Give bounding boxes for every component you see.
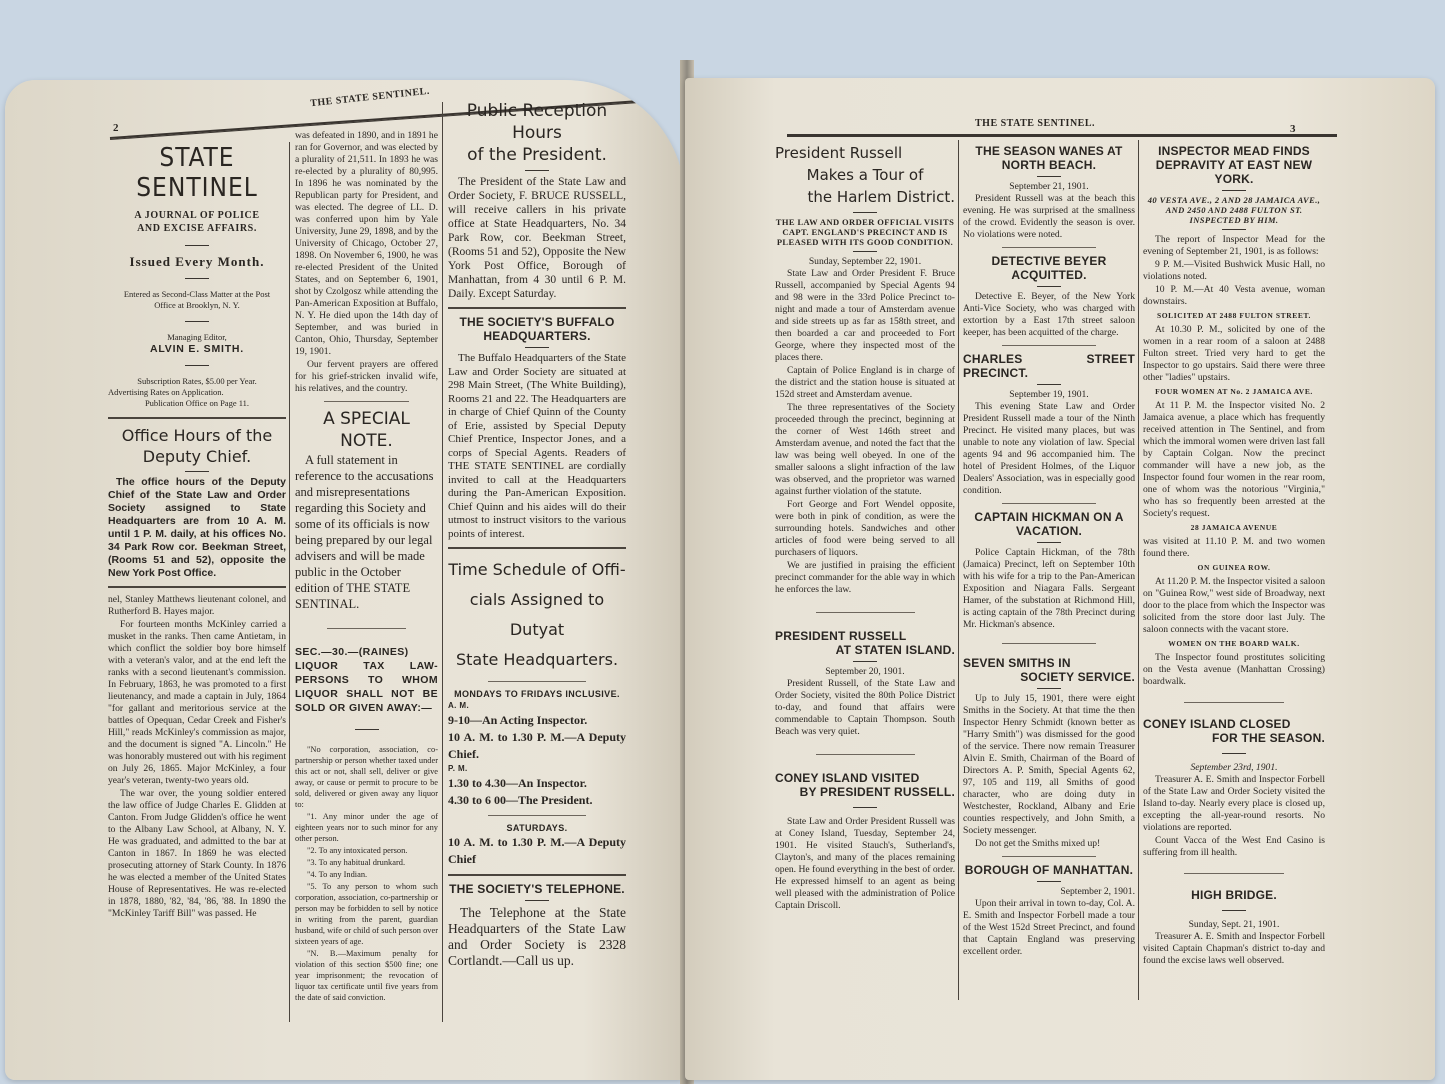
- masthead-subtitle: A JOURNAL OF POLICE: [108, 209, 286, 222]
- schedule-row: 4.30 to 6 00—The President.: [448, 792, 626, 809]
- schedule-row: 1.30 to 4.30—An Inspector.: [448, 775, 626, 792]
- article-paragraph: Up to July 15, 1901, there were eight Sm…: [963, 693, 1135, 837]
- mead-subhead: 40 VESTA AVE., 2 AND 28 JAMAICA AVE., AN…: [1143, 195, 1325, 225]
- hickman-title: CAPTAIN HICKMAN ON A VACATION.: [963, 510, 1135, 538]
- inset-subhead: ON GUINEA ROW.: [1143, 562, 1325, 574]
- column-3: Public Reception Hours of the President.…: [448, 100, 626, 969]
- publication-office: Publication Office on Page 11.: [108, 398, 286, 409]
- dateline: September 23rd, 1901.: [1143, 762, 1325, 774]
- schedule-row: 10 A. M. to 1.30 P. M.—A Deputy Chief: [448, 834, 626, 868]
- article-paragraph: 9 P. M.—Visited Bushwick Music Hall, no …: [1143, 259, 1325, 283]
- inset-subhead: SOLICITED AT 2488 FULTON STREET.: [1143, 310, 1325, 322]
- editor-label: Managing Editor,: [108, 332, 286, 343]
- harlem-title: President Russell Makes a Tour of the Ha…: [775, 142, 955, 208]
- coney-closed-title: CONEY ISLAND CLOSED FOR THE SEASON.: [1143, 717, 1325, 745]
- beyer-title: DETECTIVE BEYER ACQUITTED.: [963, 254, 1135, 282]
- masthead-column: STATE SENTINEL A JOURNAL OF POLICE AND E…: [108, 143, 286, 921]
- column-2: was defeated in 1890, and in 1891 he ran…: [295, 130, 438, 1004]
- header-rule: [787, 134, 1337, 137]
- reception-hours-title: Public Reception Hours of the President.: [448, 100, 626, 166]
- dateline: Sunday, Sept. 21, 1901.: [1143, 919, 1325, 931]
- special-note-title: A SPECIAL NOTE.: [295, 408, 438, 452]
- article-paragraph: We are justified in praising the efficie…: [775, 560, 955, 596]
- article-paragraph: Upon their arrival in town to-day, Col. …: [963, 898, 1135, 958]
- article-paragraph: The report of Inspector Mead for the eve…: [1143, 234, 1325, 258]
- article-paragraph: Treasurer A. E. Smith and Inspector Forb…: [1143, 931, 1325, 967]
- article-paragraph: Count Vacca of the West End Casino is su…: [1143, 835, 1325, 859]
- buffalo-hq-body: The Buffalo Headquarters of the State La…: [448, 352, 626, 541]
- buffalo-hq-title: THE SOCIETY'S BUFFALO HEADQUARTERS.: [448, 315, 626, 343]
- article-paragraph: At 11 P. M. the Inspector visited No. 2 …: [1143, 400, 1325, 520]
- harlem-subhead: THE LAW AND ORDER OFFICIAL VISITS CAPT. …: [775, 217, 955, 247]
- newspaper-page-2: THE STATE SENTINEL. 2 STATE SENTINEL A J…: [5, 80, 685, 1080]
- subscription-rates: Subscription Rates, $5.00 per Year.: [108, 376, 286, 387]
- article-paragraph: Fort George and Fort Wendel opposite, we…: [775, 499, 955, 559]
- office-hours-body: The office hours of the Deputy Chief of …: [108, 476, 286, 580]
- column-divider: [442, 102, 443, 1022]
- dateline: September 2, 1901.: [963, 886, 1135, 898]
- manhattan-title: BOROUGH OF MANHATTAN.: [963, 863, 1135, 877]
- article-paragraph: President Russell, of the State Law and …: [775, 678, 955, 738]
- article-paragraph: Our fervent prayers are offered for his …: [295, 359, 438, 395]
- pm-label: P. M.: [448, 763, 626, 775]
- liquor-law-title: SEC.—30.—(RAINES) LIQUOR TAX LAW-PERSONS…: [295, 645, 438, 715]
- coney-visited-title: CONEY ISLAND VISITED BY PRESIDENT RUSSEL…: [775, 771, 955, 799]
- article-paragraph: The Inspector found prostitutes soliciti…: [1143, 652, 1325, 688]
- newspaper-page-3: THE STATE SENTINEL. 3 President Russell …: [685, 78, 1435, 1080]
- dateline: September 21, 1901.: [963, 181, 1135, 193]
- column-divider: [1138, 140, 1139, 1000]
- article-paragraph: At 10.30 P. M., solicited by one of the …: [1143, 324, 1325, 384]
- article-paragraph: For fourteen months McKinley carried a m…: [108, 619, 286, 787]
- column-2: THE SEASON WANES AT NORTH BEACH. Septemb…: [963, 144, 1135, 959]
- article-paragraph: The war over, the young soldier entered …: [108, 788, 286, 920]
- weekday-label: MONDAYS TO FRIDAYS INCLUSIVE.: [448, 688, 626, 700]
- article-paragraph: Do not get the Smiths mixed up!: [963, 838, 1135, 850]
- masthead-subtitle: AND EXCISE AFFAIRS.: [108, 222, 286, 235]
- high-bridge-title: HIGH BRIDGE.: [1143, 888, 1325, 902]
- time-schedule-title: Time Schedule of Offi- cials Assigned to…: [448, 555, 626, 675]
- inset-subhead: FOUR WOMEN AT No. 2 JAMAICA AVE.: [1143, 386, 1325, 398]
- inset-subhead: WOMEN ON THE BOARD WALK.: [1143, 638, 1325, 650]
- schedule-row: 10 A. M. to 1.30 P. M.—A Deputy Chief.: [448, 729, 626, 763]
- issued-notice: Issued Every Month.: [108, 256, 286, 268]
- article-paragraph: was visited at 11.10 P. M. and two women…: [1143, 536, 1325, 560]
- running-head: THE STATE SENTINEL.: [975, 118, 1095, 129]
- page-number: 2: [113, 122, 119, 134]
- article-paragraph: At 11.20 P. M. the Inspector visited a s…: [1143, 576, 1325, 636]
- inset-subhead: 28 JAMAICA AVENUE: [1143, 522, 1325, 534]
- postal-notice: Office at Brooklyn, N. Y.: [108, 300, 286, 311]
- am-label: A. M.: [448, 700, 626, 712]
- article-paragraph: nel, Stanley Matthews lieutenant colonel…: [108, 594, 286, 618]
- running-head: THE STATE SENTINEL.: [310, 86, 431, 109]
- reception-hours-body: The President of the State Law and Order…: [448, 175, 626, 301]
- staten-island-title: PRESIDENT RUSSELL AT STATEN ISLAND.: [775, 629, 955, 657]
- advertising-rates: Advertising Rates on Application.: [108, 387, 286, 398]
- article-paragraph: State Law and Order President F. Bruce R…: [775, 268, 955, 364]
- article-paragraph: The three representatives of the Society…: [775, 402, 955, 498]
- article-paragraph: This evening State Law and Order Preside…: [963, 401, 1135, 497]
- editor-name: ALVIN E. SMITH.: [108, 343, 286, 355]
- special-note-body: A full statement in reference to the acc…: [295, 452, 438, 612]
- schedule-row: 9-10—An Acting Inspector.: [448, 712, 626, 729]
- article-paragraph: President Russell was at the beach this …: [963, 193, 1135, 241]
- column-divider: [289, 142, 290, 1022]
- article-paragraph: Treasurer A. E. Smith and Inspector Forb…: [1143, 774, 1325, 834]
- telephone-title: THE SOCIETY'S TELEPHONE.: [448, 882, 626, 896]
- column-1: President Russell Makes a Tour of the Ha…: [775, 142, 955, 913]
- postal-notice: Entered as Second-Class Matter at the Po…: [108, 289, 286, 300]
- mead-title: INSPECTOR MEAD FINDS DEPRAVITY AT EAST N…: [1143, 144, 1325, 186]
- dateline: September 19, 1901.: [963, 389, 1135, 401]
- office-hours-title: Office Hours of the Deputy Chief.: [108, 425, 286, 467]
- telephone-body: The Telephone at the State Headquarters …: [448, 905, 626, 969]
- masthead-title: STATE SENTINEL: [108, 143, 286, 203]
- article-paragraph: State Law and Order President Russell wa…: [775, 816, 955, 912]
- dateline: Sunday, September 22, 1901.: [775, 256, 955, 268]
- dateline: September 20, 1901.: [775, 666, 955, 678]
- north-beach-title: THE SEASON WANES AT NORTH BEACH.: [963, 144, 1135, 172]
- liquor-law-text: "No corporation, association, co-partner…: [295, 744, 438, 1003]
- article-paragraph: Captain of Police England is in charge o…: [775, 365, 955, 401]
- article-paragraph: Police Captain Hickman, of the 78th (Jam…: [963, 547, 1135, 631]
- article-paragraph: 10 P. M.—At 40 Vesta avenue, woman downs…: [1143, 284, 1325, 308]
- saturday-label: SATURDAYS.: [448, 822, 626, 834]
- smiths-title: SEVEN SMITHS IN SOCIETY SERVICE.: [963, 656, 1135, 684]
- column-divider: [958, 140, 959, 1000]
- column-3: INSPECTOR MEAD FINDS DEPRAVITY AT EAST N…: [1143, 144, 1325, 968]
- article-paragraph: Detective E. Beyer, of the New York Anti…: [963, 291, 1135, 339]
- article-paragraph: was defeated in 1890, and in 1891 he ran…: [295, 130, 438, 358]
- charles-street-title: CHARLES STREET PRECINCT.: [963, 352, 1135, 380]
